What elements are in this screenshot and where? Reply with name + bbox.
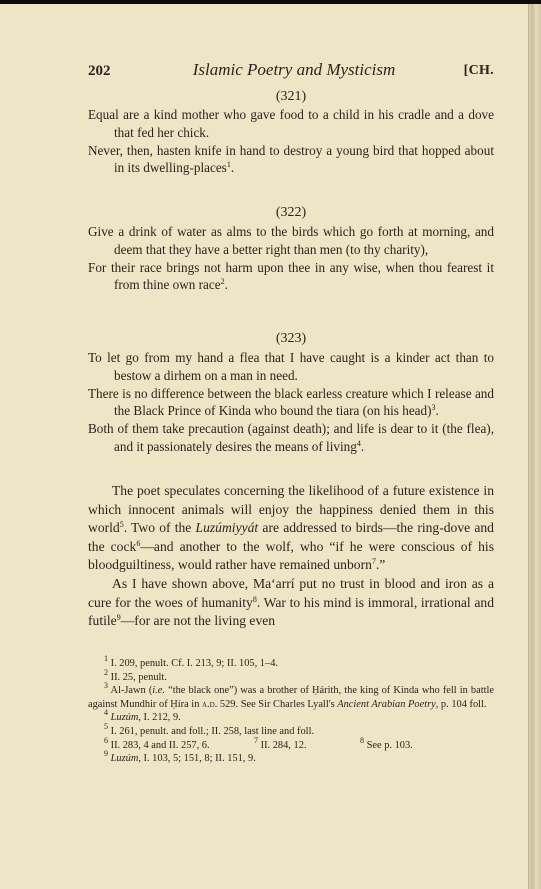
poem-322: Give a drink of water as alms to the bir… [88, 223, 494, 294]
footnote-1: 1 I. 209, penult. Cf. I. 213, 9; II. 105… [88, 657, 494, 671]
body-text: The poet speculates concerning the likel… [88, 482, 494, 631]
footnote-9: 9 Luzúm, I. 103, 5; 151, 8; II. 151, 9. [88, 752, 494, 766]
scan-top-edge [0, 0, 541, 4]
footnote-5: 5 I. 261, penult. and foll.; II. 258, la… [88, 725, 494, 739]
footnote-8: 8 See p. 103. [360, 739, 413, 753]
poem-321: Equal are a kind mother who gave food to… [88, 106, 494, 177]
verse-line: For their race brings not harm upon thee… [88, 259, 494, 295]
running-title: Islamic Poetry and Mysticism [88, 60, 494, 80]
verse-line: Give a drink of water as alms to the bir… [88, 223, 494, 259]
book-title: Ancient Arabian Poetry [337, 699, 436, 710]
running-head: 202 Islamic Poetry and Mysticism [CH. [88, 60, 494, 80]
footnote-4: 4 Luzúm, I. 212, 9. [88, 711, 494, 725]
poem-number-322: (322) [88, 204, 494, 222]
verse-line: To let go from my hand a flea that I hav… [88, 349, 494, 385]
chapter-marker: [CH. [464, 61, 494, 81]
footnotes-6-7-8: 6 II. 283, 4 and II. 257, 6. 7 II. 284, … [88, 739, 494, 753]
paragraph: The poet speculates concerning the likel… [88, 482, 494, 575]
footnote-2: 2 II. 25, penult. [88, 671, 494, 685]
verse-line: Equal are a kind mother who gave food to… [88, 106, 494, 142]
poem-323: To let go from my hand a flea that I hav… [88, 349, 494, 456]
italic-title: Luzúmiyyát [196, 520, 259, 535]
page-gutter-edge [528, 4, 541, 889]
poem-number-321: (321) [88, 88, 494, 106]
verse-line: There is no difference between the black… [88, 385, 494, 421]
paragraph: As I have shown above, Ma‘arrí put no tr… [88, 575, 494, 631]
poem-number-323: (323) [88, 330, 494, 348]
verse-line: Both of them take precaution (against de… [88, 420, 494, 456]
footnote-3: 3 Al-Jawn (i.e. “the black one”) was a b… [88, 684, 494, 711]
footnote-7: 7 II. 284, 12. [254, 739, 360, 753]
footnote-6: 6 II. 283, 4 and II. 257, 6. [104, 739, 254, 753]
verse-line: Never, then, hasten knife in hand to des… [88, 142, 494, 178]
footnotes: 1 I. 209, penult. Cf. I. 213, 9; II. 105… [88, 657, 494, 766]
